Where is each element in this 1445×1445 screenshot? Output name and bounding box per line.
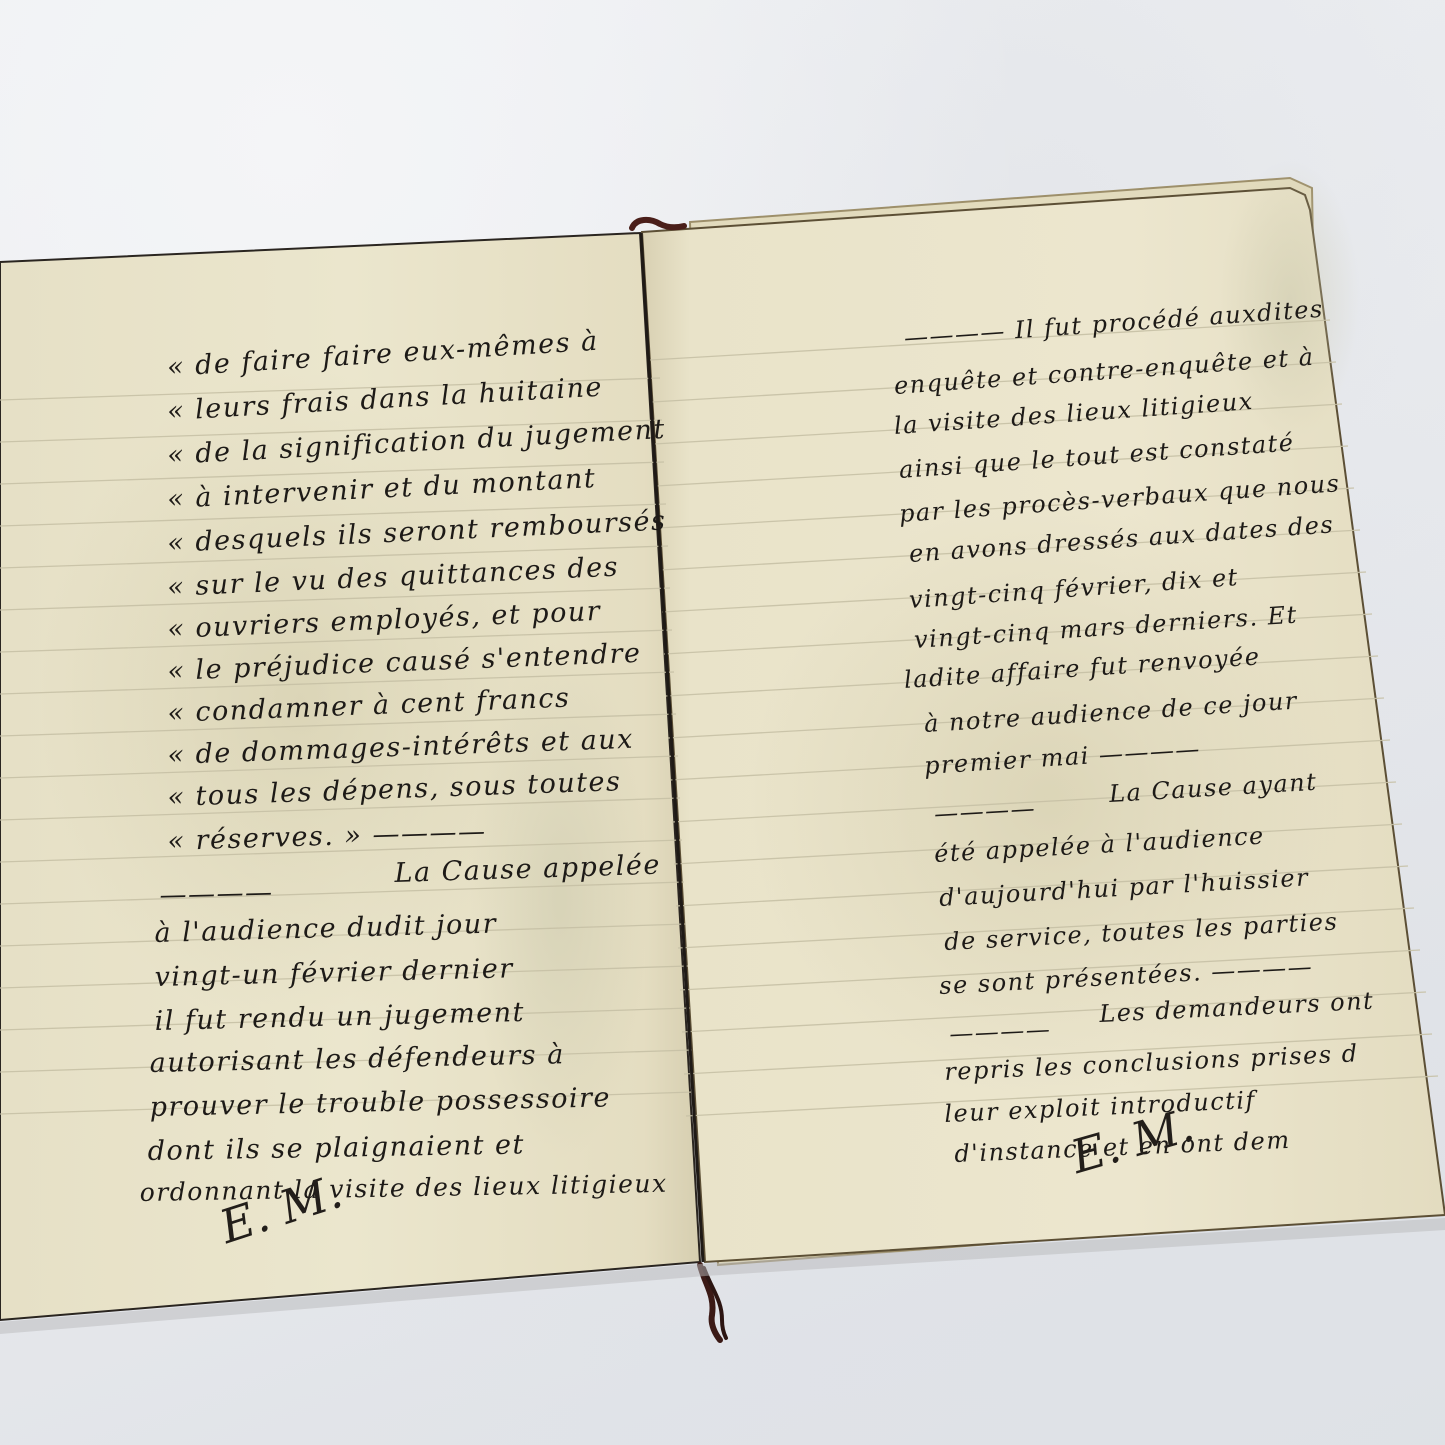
left-line-14: ———— [159,877,274,911]
photo-scene: « de faire faire eux-mêmes à « leurs fra… [0,0,1445,1445]
right-line-19: ———— [949,1015,1052,1048]
binding-thread-top [632,220,684,228]
left-line-20: dont ils se plaignaient et [147,1129,525,1167]
